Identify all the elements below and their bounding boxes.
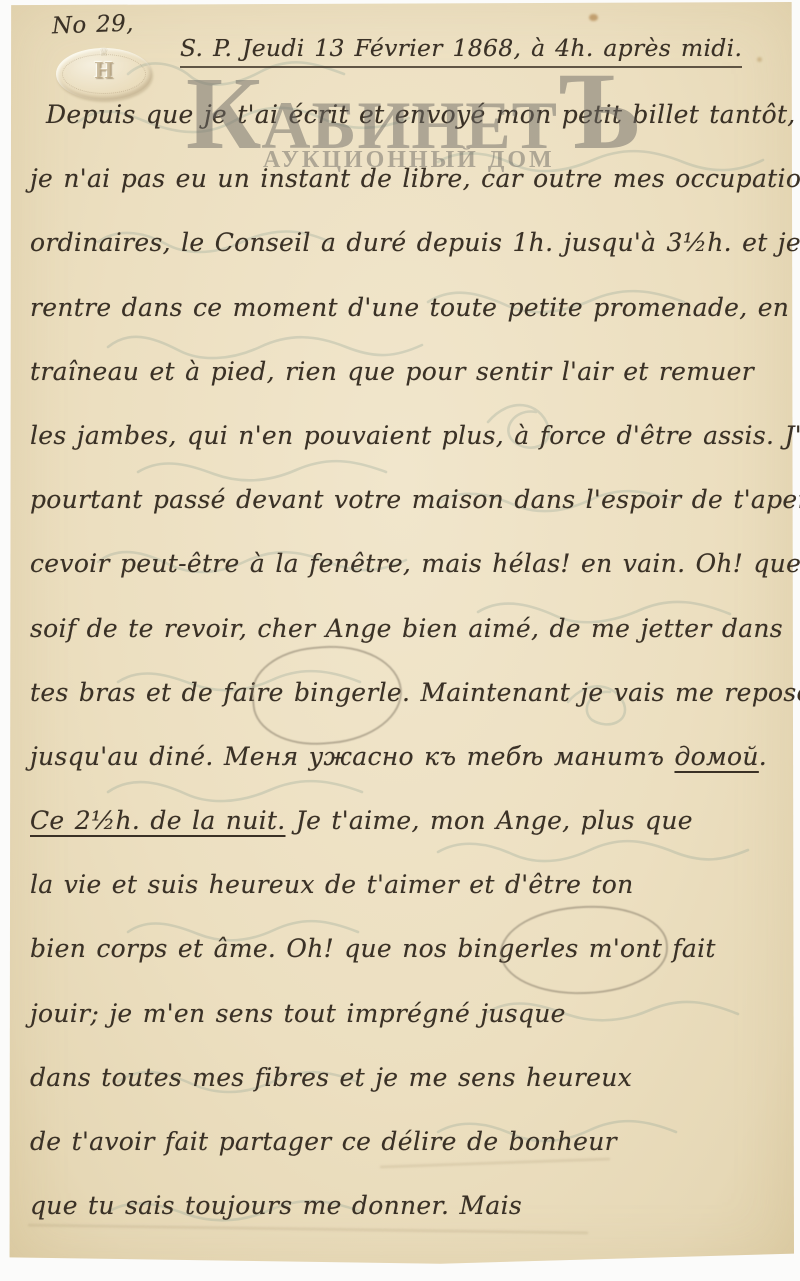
letter-line: traîneau et à pied, rien que pour sentir…	[30, 357, 778, 421]
letter-line: tes bras et de faire bingerle. Maintenan…	[30, 678, 778, 742]
embossed-seal: ♕ H	[56, 48, 152, 100]
letter-line: de t'avoir fait partager ce délire de bo…	[30, 1127, 778, 1191]
underlined-word: домой	[674, 742, 758, 771]
letter-line: les jambes, qui n'en pouvaient plus, à f…	[30, 421, 778, 485]
letter-line: Ce 2½h. de la nuit. Je t'aime, mon Ange,…	[30, 806, 778, 870]
seal-monogram: H	[56, 58, 152, 85]
letter-body: Depuis que je t'ai écrit et envoyé mon p…	[30, 100, 778, 1255]
letter-line: ordinaires, le Conseil a duré depuis 1h.…	[30, 228, 778, 292]
letter-line: rentre dans ce moment d'une toute petite…	[30, 293, 778, 357]
letter-line: je n'ai pas eu un instant de libre, car …	[30, 164, 778, 228]
scanned-letter-page: ♕ H No 29, S. P. Jeudi 13 Février 1868, …	[0, 0, 800, 1281]
letter-line: soif de te revoir, cher Ange bien aimé, …	[30, 614, 778, 678]
foxing-spot	[589, 14, 598, 21]
underlined-time-note: Ce 2½h. de la nuit.	[30, 806, 286, 835]
letter-line: Depuis que je t'ai écrit et envoyé mon p…	[30, 100, 778, 164]
letter-line: pourtant passé devant votre maison dans …	[30, 485, 778, 549]
letter-line: jouir; je m'en sens tout imprégné jusque	[30, 999, 778, 1063]
letter-line: la vie et suis heureux de t'aimer et d'ê…	[30, 870, 778, 934]
dateline-text: S. P. Jeudi 13 Février 1868, à 4h. après…	[180, 34, 742, 68]
letter-line: que tu sais toujours me donner. Mais	[30, 1191, 778, 1255]
letter-line: dans toutes mes fibres et je me sens heu…	[30, 1063, 778, 1127]
letter-line: cevoir peut-être à la fenêtre, mais héla…	[30, 549, 778, 613]
foxing-spot	[757, 57, 762, 62]
archive-number: No 29,	[52, 11, 135, 40]
letter-line: jusqu'au diné. Меня ужасно къ тебѣ манит…	[30, 742, 778, 806]
letter-dateline: S. P. Jeudi 13 Février 1868, à 4h. après…	[180, 34, 742, 62]
